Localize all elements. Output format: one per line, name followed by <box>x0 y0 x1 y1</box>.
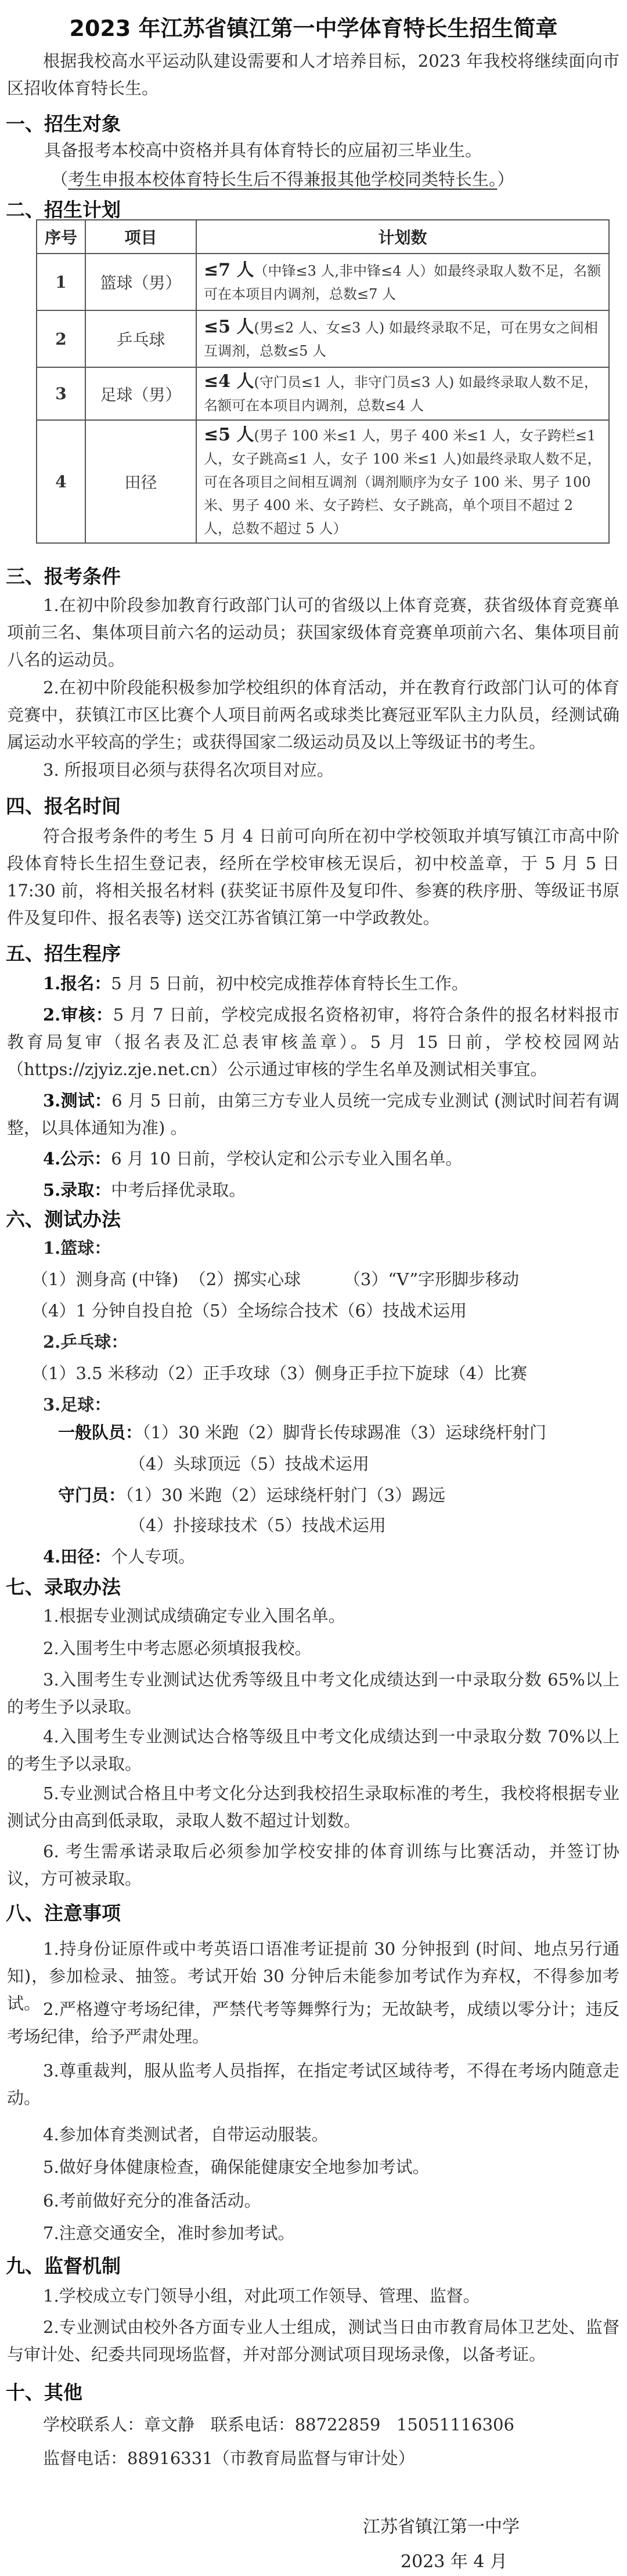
supervise-label: 监督电话： <box>43 2448 127 2468</box>
admission-item-1: 1.根据专业测试成绩确定专业入围名单。 <box>7 1602 619 1630</box>
phone-number-2: 15051116306 <box>397 2415 514 2434</box>
procedure-label: 1.报名： <box>43 974 111 993</box>
test-pingpong-label: 2.乒乓球： <box>43 1329 128 1356</box>
eligibility-item-3: 3. 所报项目必须与获得名次项目对应。 <box>7 757 619 784</box>
table-row: 4 田径 ≤5 人(男子 100 米≤1 人，男子 400 米≤1 人，女子跨栏… <box>37 420 609 543</box>
row-item: 足球（男） <box>85 367 196 420</box>
procedure-text: 5 月 5 日前，初中校完成推荐体育特长生工作。 <box>111 974 469 993</box>
header-no: 序号 <box>37 220 85 254</box>
test-football-general: 一般队员：（1）30 米跑（2）脚背长传球踢准（3）运球绕杆射门 <box>58 1419 546 1446</box>
header-plan: 计划数 <box>196 220 609 254</box>
row-no: 2 <box>37 310 85 367</box>
supervision-phone-line: 监督电话：88916331（市教育局监督与审计处） <box>43 2445 415 2472</box>
general-player-label: 一般队员： <box>58 1423 142 1442</box>
section-heading-enrollment-plan: 二、招生计划 <box>6 195 121 222</box>
supervise-phone: 88916331 <box>127 2448 213 2468</box>
phone-number-1: 88722859 <box>295 2415 381 2434</box>
table-row: 3 足球（男） ≤4 人(守门员≤1 人，非守门员≤3 人) 如最终录取人数不足… <box>37 367 609 420</box>
track-text: 个人专项。 <box>111 1547 195 1566</box>
procedure-label: 5.录取： <box>43 1180 111 1200</box>
registration-time-text: 符合报考条件的考生 5 月 4 日前可向所在初中学校领取并填写镇江市高中阶段体育… <box>7 823 619 932</box>
header-item: 项目 <box>85 220 196 254</box>
table-header-row: 序号 项目 计划数 <box>37 220 609 254</box>
eligibility-item-2: 2.在初中阶段能积极参加学校组织的体育活动，并在教育行政部门认可的体育竞赛中，获… <box>7 674 619 756</box>
notes-item-6: 6.考前做好充分的准备活动。 <box>7 2187 619 2215</box>
plan-quota: ≤5 人 <box>204 317 254 337</box>
contact-name: 章文静 <box>144 2415 194 2434</box>
procedure-label: 3.测试： <box>43 1091 111 1110</box>
admission-item-2: 2.入围考生中考志愿必须填报我校。 <box>7 1635 619 1662</box>
enrollment-target-text: 具备报考本校高中资格并具有体育特长的应届初三毕业生。 <box>44 137 619 164</box>
procedure-item-2: 2.审核：5 月 7 日前，学校完成报名资格初审，将符合条件的报名材料报市教育局… <box>7 1001 619 1083</box>
procedure-label: 2.审核： <box>43 1005 113 1025</box>
admission-item-6: 6. 考生需承诺录取后必须参加学校安排的体育训练与比赛活动，并签订协议，方可被录… <box>7 1838 619 1893</box>
section-heading-notes: 八、注意事项 <box>6 1898 121 1926</box>
goalkeeper-line-1: （1）30 米跑（2）运球绕杆射门（3）踢远 <box>125 1485 445 1505</box>
test-basketball-line-2: （4）1 分钟自投自抢（5）全场综合技术（6）技战术运用 <box>31 1297 467 1325</box>
admission-item-5: 5.专业测试合格且中考文化分达到我校招生录取标准的考生，我校将根据专业测试分由高… <box>7 1780 619 1835</box>
plan-quota: ≤5 人 <box>204 425 254 445</box>
supervise-note: （市教育局监督与审计处） <box>213 2448 415 2468</box>
note-open-paren: （ <box>51 169 68 189</box>
plan-detail: (守门员≤1 人，非守门员≤3 人) 如最终录取人数不足，名额可在本项目内调剂，… <box>204 374 598 414</box>
section-heading-admission-method: 七、录取办法 <box>6 1572 121 1600</box>
test-basketball-label: 1.篮球： <box>43 1235 111 1262</box>
enrollment-plan-table: 序号 项目 计划数 1 篮球（男） ≤7 人（中锋≤3 人,非中锋≤4 人）如最… <box>36 219 610 544</box>
procedure-item-3: 3.测试：6 月 5 日前，由第三方专业人员统一完成专业测试 (测试时间若有调整… <box>7 1087 619 1142</box>
phone-label: 联系电话： <box>211 2415 295 2434</box>
row-plan: ≤7 人（中锋≤3 人,非中锋≤4 人）如最终录取人数不足，名额可在本项目内调剂… <box>196 254 609 310</box>
enrollment-note: （考生申报本校体育特长生后不得兼报其他学校同类特长生。） <box>51 166 620 193</box>
test-football-label: 3.足球： <box>43 1391 111 1419</box>
signature-date: 2023 年 4 月 <box>401 2547 507 2573</box>
test-track: 4.田径：个人专项。 <box>43 1543 195 1571</box>
general-player-line-2: （4）头球顶远（5）技战术运用 <box>129 1450 369 1478</box>
row-item: 田径 <box>85 420 196 543</box>
note-close-paren: ） <box>498 169 514 189</box>
section-heading-enrollment-target: 一、招生对象 <box>6 109 121 136</box>
row-plan: ≤5 人(男子 100 米≤1 人，男子 400 米≤1 人，女子跨栏≤1 人，… <box>196 420 609 543</box>
supervision-item-1: 1.学校成立专门领导小组，对此项工作领导、管理、监督。 <box>7 2282 619 2310</box>
general-player-line-1: （1）30 米跑（2）脚背长传球踢准（3）运球绕杆射门 <box>142 1423 546 1442</box>
procedure-text: 中考后择优录取。 <box>111 1180 246 1200</box>
goalkeeper-label: 守门员： <box>58 1485 125 1505</box>
procedure-item-4: 4.公示：6 月 10 日前，学校认定和公示专业入围名单。 <box>7 1145 619 1173</box>
supervision-item-2: 2.专业测试由校外各方面专业人士组成，测试当日由市教育局体卫艺处、监督与审计处、… <box>7 2314 619 2368</box>
notes-item-5: 5.做好身体健康检查，确保能健康安全地参加考试。 <box>7 2154 619 2181</box>
document-title: 2023 年江苏省镇江第一中学体育特长生招生简章 <box>0 10 627 42</box>
section-heading-supervision: 九、监督机制 <box>6 2251 121 2278</box>
row-no: 3 <box>37 367 85 420</box>
test-football-keeper: 守门员：（1）30 米跑（2）运球绕杆射门（3）踢远 <box>58 1482 445 1509</box>
procedure-text: 6 月 10 日前，学校认定和公示专业入围名单。 <box>111 1149 462 1168</box>
row-item: 篮球（男） <box>85 254 196 310</box>
plan-quota: ≤4 人 <box>204 371 254 392</box>
test-pingpong-line-1: （1）3.5 米移动（2）正手攻球（3）侧身正手拉下旋球（4）比赛 <box>31 1360 527 1387</box>
section-heading-test-method: 六、测试办法 <box>6 1204 121 1232</box>
section-heading-procedure: 五、招生程序 <box>6 939 121 966</box>
goalkeeper-line-2: （4）扑接球技术（5）技战术运用 <box>129 1512 386 1539</box>
table-row: 2 乒乓球 ≤5 人(男≤2 人、女≤3 人) 如最终录取不足，可在男女之间相互… <box>37 310 609 367</box>
plan-detail: (男≤2 人、女≤3 人) 如最终录取不足，可在男女之间相互调剂，总数≤5 人 <box>204 320 598 359</box>
notes-item-3: 3.尊重裁判，服从监考人员指挥，在指定考试区域待考，不得在考场内随意走动。 <box>7 2057 619 2112</box>
section-heading-registration-time: 四、报名时间 <box>6 791 121 819</box>
procedure-item-5: 5.录取：中考后择优录取。 <box>7 1177 619 1204</box>
admission-item-4: 4.入围考生专业测试达合格等级且中考文化成绩达到一中录取分数 70%以上的考生予… <box>7 1723 619 1778</box>
admission-item-3: 3.入围考生专业测试达优秀等级且中考文化成绩达到一中录取分数 65%以上的考生予… <box>7 1666 619 1721</box>
procedure-label: 4.公示： <box>43 1149 111 1168</box>
row-plan: ≤5 人(男≤2 人、女≤3 人) 如最终录取不足，可在男女之间相互调剂，总数≤… <box>196 310 609 367</box>
section-heading-eligibility: 三、报考条件 <box>6 562 121 589</box>
notes-item-2: 2.严格遵守考场纪律，严禁代考等舞弊行为；无故缺考，成绩以零分计；违反考场纪律，… <box>7 1996 619 2050</box>
contact-line: 学校联系人：章文静 联系电话：88722859 15051116306 <box>43 2411 514 2438</box>
section-heading-other: 十、其他 <box>6 2378 82 2405</box>
signature-organization: 江苏省镇江第一中学 <box>363 2512 520 2538</box>
plan-quota: ≤7 人 <box>204 260 254 280</box>
contact-label: 学校联系人： <box>43 2415 144 2434</box>
plan-detail: （中锋≤3 人,非中锋≤4 人）如最终录取人数不足，名额可在本项目内调剂，总数≤… <box>204 263 601 302</box>
test-basketball-line-1: （1）测身高 (中锋) （2）掷实心球 （3）“V”字形脚步移动 <box>31 1266 519 1293</box>
procedure-item-1: 1.报名：5 月 5 日前，初中校完成推荐体育特长生工作。 <box>7 970 619 997</box>
track-label: 4.田径： <box>43 1547 111 1566</box>
plan-detail: (男子 100 米≤1 人，男子 400 米≤1 人，女子跨栏≤1 人，女子跳高… <box>204 428 601 537</box>
intro-paragraph: 根据我校高水平运动队建设需要和人才培养目标，2023 年我校将继续面向市区招收体… <box>7 48 619 102</box>
row-no: 4 <box>37 420 85 543</box>
row-no: 1 <box>37 254 85 310</box>
eligibility-item-1: 1.在初中阶段参加教育行政部门认可的省级以上体育竞赛，获省级体育竞赛单项前三名、… <box>7 592 619 674</box>
table-row: 1 篮球（男） ≤7 人（中锋≤3 人,非中锋≤4 人）如最终录取人数不足，名额… <box>37 254 609 310</box>
note-underlined-text: 考生申报本校体育特长生后不得兼报其他学校同类特长生。 <box>68 169 498 189</box>
row-plan: ≤4 人(守门员≤1 人，非守门员≤3 人) 如最终录取人数不足，名额可在本项目… <box>196 367 609 420</box>
row-item: 乒乓球 <box>85 310 196 367</box>
notes-item-4: 4.参加体育类测试者，自带运动服装。 <box>7 2121 619 2148</box>
notes-item-7: 7.注意交通安全，准时参加考试。 <box>7 2220 619 2247</box>
